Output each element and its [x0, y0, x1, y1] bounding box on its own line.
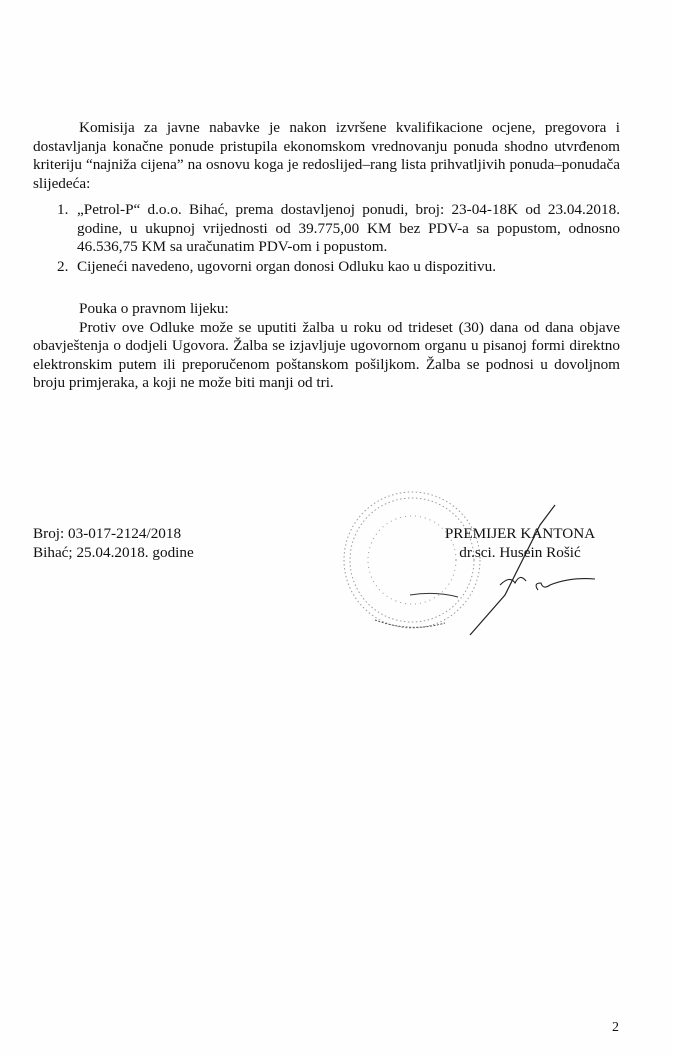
signatory-title: PREMIJER KANTONA [430, 525, 610, 544]
signature-block: PREMIJER KANTONA dr.sci. Husein Rošić [430, 525, 610, 562]
signatory-name: dr.sci. Husein Rošić [430, 544, 610, 563]
list-item: 1. „Petrol-P“ d.o.o. Bihać, prema dostav… [33, 201, 620, 257]
intro-text: Komisija za javne nabavke je nakon izvrš… [33, 119, 620, 192]
place-date: Bihać; 25.04.2018. godine [33, 544, 194, 563]
reference-number: Broj: 03-017-2124/2018 [33, 525, 194, 544]
ranking-list: 1. „Petrol-P“ d.o.o. Bihać, prema dostav… [33, 201, 620, 276]
page-number: 2 [612, 1020, 619, 1036]
list-item-number: 2. [57, 258, 68, 277]
list-item-text: Cijeneći navedeno, ugovorni organ donosi… [77, 258, 496, 275]
document-page: Komisija za javne nabavke je nakon izvrš… [0, 0, 673, 1055]
list-item-number: 1. [57, 201, 68, 220]
document-meta: Broj: 03-017-2124/2018 Bihać; 25.04.2018… [33, 525, 194, 562]
legal-remedy-paragraph: Protiv ove Odluke može se uputiti žalba … [33, 319, 620, 393]
legal-remedy-heading-text: Pouka o pravnom lijeku: [79, 300, 229, 317]
list-item-text: „Petrol-P“ d.o.o. Bihać, prema dostavlje… [77, 201, 620, 255]
intro-paragraph: Komisija za javne nabavke je nakon izvrš… [33, 119, 620, 193]
list-item: 2. Cijeneći navedeno, ugovorni organ don… [33, 258, 620, 277]
legal-remedy-text: Protiv ove Odluke može se uputiti žalba … [33, 319, 620, 392]
legal-remedy-heading: Pouka o pravnom lijeku: [33, 300, 620, 319]
